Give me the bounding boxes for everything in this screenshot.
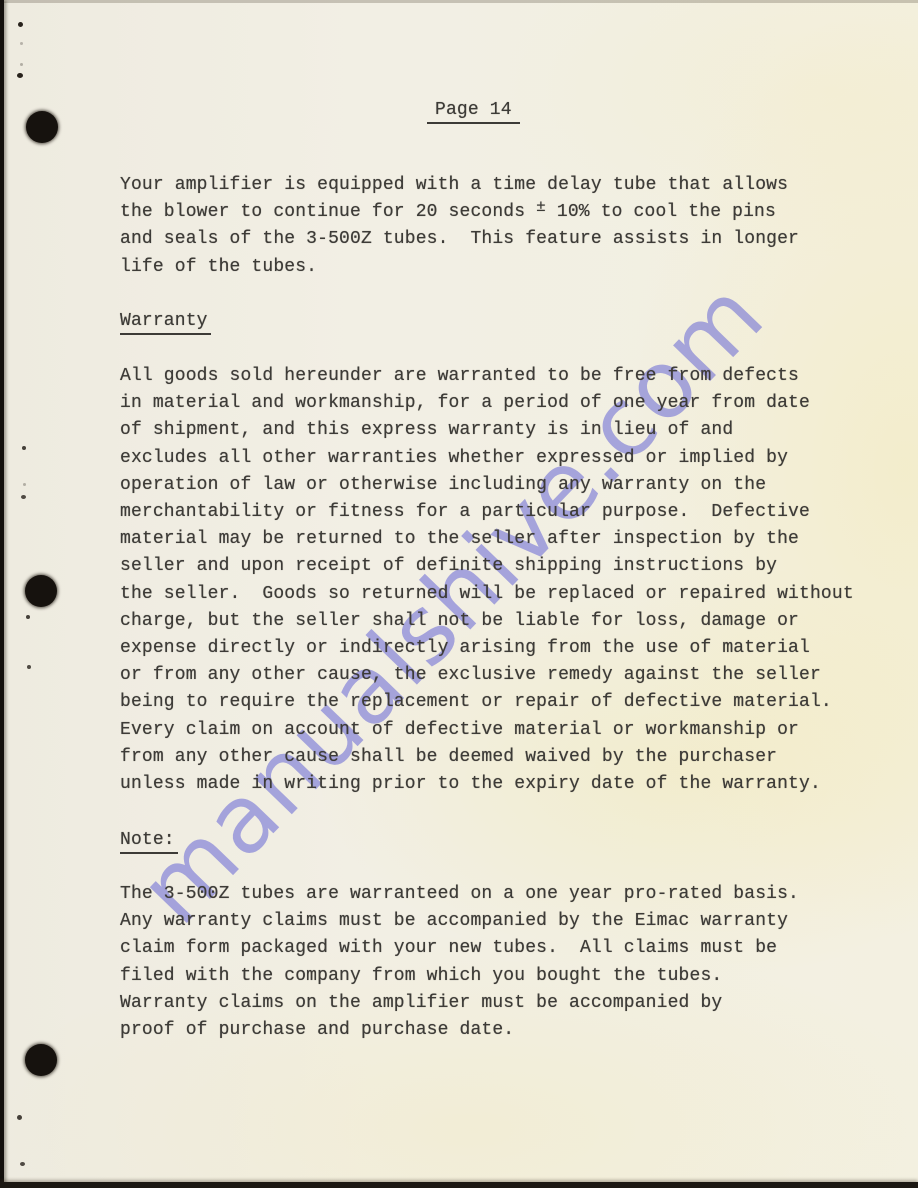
intro-line: life of the tubes.: [120, 254, 799, 281]
scan-speck: [20, 63, 23, 66]
hole-punch: [25, 1044, 57, 1076]
warranty-line: All goods sold hereunder are warranted t…: [120, 363, 854, 390]
intro-line-pre: the blower to continue for 20 seconds: [120, 202, 536, 222]
scan-edge-left: [0, 0, 4, 1188]
warranty-line: excludes all other warranties whether ex…: [120, 445, 854, 472]
warranty-line: in material and workmanship, for a perio…: [120, 390, 854, 417]
scan-speck: [18, 22, 23, 27]
scan-speck: [21, 495, 26, 499]
scan-speck: [17, 1115, 22, 1120]
note-line: filed with the company from which you bo…: [120, 963, 799, 990]
note-line: claim form packaged with your new tubes.…: [120, 935, 799, 962]
warranty-line: operation of law or otherwise including …: [120, 472, 854, 499]
scan-speck: [26, 615, 30, 619]
note-line: proof of purchase and purchase date.: [120, 1017, 799, 1044]
scan-speck: [20, 42, 23, 45]
scanned-document-page: manualshive.com Page 14 Your amplifier i…: [0, 0, 918, 1188]
warranty-line: the seller. Goods so returned will be re…: [120, 581, 854, 608]
warranty-heading: Warranty: [120, 311, 211, 335]
scan-speck: [27, 665, 31, 669]
intro-line: Your amplifier is equipped with a time d…: [120, 172, 799, 199]
note-line: Warranty claims on the amplifier must be…: [120, 990, 799, 1017]
note-line: Any warranty claims must be accompanied …: [120, 908, 799, 935]
warranty-line: being to require the replacement or repa…: [120, 689, 854, 716]
intro-line-post: 10% to cool the pins: [546, 202, 776, 222]
hole-punch: [25, 575, 57, 607]
page-title: Page 14: [427, 100, 520, 124]
note-line: The 3-500Z tubes are warranteed on a one…: [120, 881, 799, 908]
warranty-line: charge, but the seller shall not be liab…: [120, 608, 854, 635]
warranty-line: merchantability or fitness for a particu…: [120, 499, 854, 526]
warranty-paragraph: All goods sold hereunder are warranted t…: [120, 363, 854, 798]
warranty-line: Every claim on account of defective mate…: [120, 717, 854, 744]
intro-paragraph: Your amplifier is equipped with a time d…: [120, 172, 799, 281]
note-heading: Note:: [120, 830, 178, 854]
intro-line: and seals of the 3-500Z tubes. This feat…: [120, 226, 799, 253]
scan-speck: [22, 446, 26, 450]
warranty-line: unless made in writing prior to the expi…: [120, 771, 854, 798]
plus-minus-symbol: ±: [536, 198, 546, 216]
warranty-line: seller and upon receipt of definite ship…: [120, 553, 854, 580]
scan-edge-top: [0, 0, 918, 3]
note-paragraph: The 3-500Z tubes are warranteed on a one…: [120, 881, 799, 1044]
intro-line: the blower to continue for 20 seconds ± …: [120, 199, 799, 226]
hole-punch: [26, 111, 58, 143]
warranty-line: or from any other cause, the exclusive r…: [120, 662, 854, 689]
scan-speck: [20, 1162, 25, 1166]
scan-speck: [17, 73, 23, 78]
warranty-line: of shipment, and this express warranty i…: [120, 417, 854, 444]
warranty-line: expense directly or indirectly arising f…: [120, 635, 854, 662]
scan-edge-bottom: [0, 1182, 918, 1188]
warranty-line: material may be returned to the seller a…: [120, 526, 854, 553]
scan-speck: [23, 483, 26, 486]
warranty-line: from any other cause shall be deemed wai…: [120, 744, 854, 771]
